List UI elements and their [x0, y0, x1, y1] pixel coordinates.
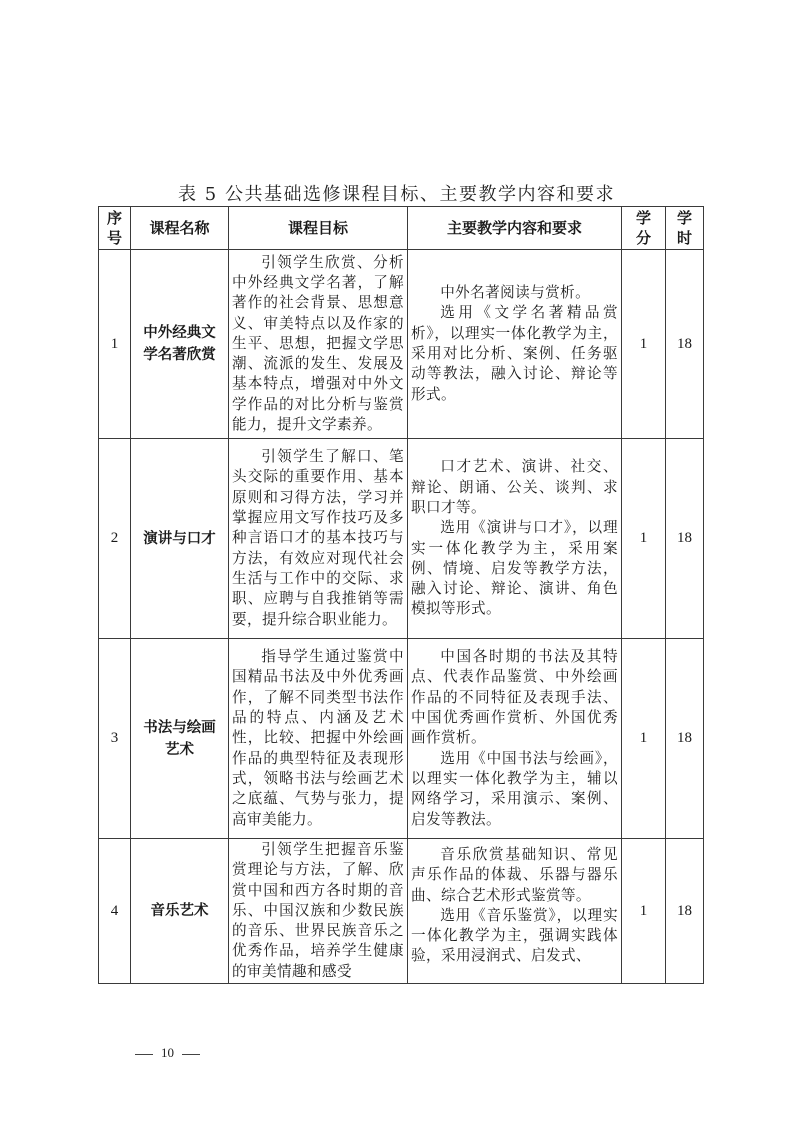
course-content: 中外名著阅读与赏析。 选用《文学名著精品赏析》，以理实一体化教学为主，采用对比分… — [408, 250, 622, 439]
row-index: 4 — [99, 839, 131, 984]
content-topics: 口才艺术、演讲、社交、辩论、朗诵、公关、谈判、求职口才等。 — [411, 457, 618, 518]
row-index: 2 — [99, 439, 131, 639]
course-goal: 指导学生通过鉴赏中国精品书法及中外优秀画作，了解不同类型书法作品的特点、内涵及艺… — [229, 639, 408, 839]
table-row: 3 书法与绘画艺术 指导学生通过鉴赏中国精品书法及中外优秀画作，了解不同类型书法… — [99, 639, 704, 839]
table-row: 2 演讲与口才 引领学生了解口、笔头交际的重要作用、基本原则和习得方法，学习并掌… — [99, 439, 704, 639]
header-name: 课程名称 — [131, 207, 229, 250]
course-goal: 引领学生把握音乐鉴赏理论与方法，了解、欣赏中国和西方各时期的音乐、中国汉族和少数… — [229, 839, 408, 984]
course-name: 书法与绘画艺术 — [131, 639, 229, 839]
course-credit: 1 — [622, 439, 666, 639]
course-goal: 引领学生了解口、笔头交际的重要作用、基本原则和习得方法，学习并掌握应用文写作技巧… — [229, 439, 408, 639]
row-index: 3 — [99, 639, 131, 839]
header-index: 序号 — [99, 207, 131, 250]
course-table: 序号 课程名称 课程目标 主要教学内容和要求 学分 学时 1 中外经典文学名著欣… — [98, 206, 704, 984]
course-hours: 18 — [666, 250, 704, 439]
content-method: 选用《演讲与口才》，以理实一体化教学为主，采用案例、情境、启发等教学方法，融入讨… — [411, 518, 618, 619]
page-number: 10 — [161, 1045, 174, 1060]
content-topics: 音乐欣赏基础知识、常见声乐作品的体裁、乐器与器乐曲、综合艺术形式鉴赏等。 — [411, 845, 618, 906]
course-content: 口才艺术、演讲、社交、辩论、朗诵、公关、谈判、求职口才等。 选用《演讲与口才》，… — [408, 439, 622, 639]
table-row: 1 中外经典文学名著欣赏 引领学生欣赏、分析中外经典文学名著，了解著作的社会背景… — [99, 250, 704, 439]
row-index: 1 — [99, 250, 131, 439]
course-credit: 1 — [622, 250, 666, 439]
header-hours: 学时 — [666, 207, 704, 250]
course-hours: 18 — [666, 439, 704, 639]
course-hours: 18 — [666, 839, 704, 984]
course-content: 中国各时期的书法及其特点、代表作品鉴赏、中外绘画作品的不同特征及表现手法、中国优… — [408, 639, 622, 839]
footer-dash-right — [182, 1054, 200, 1055]
header-goal: 课程目标 — [229, 207, 408, 250]
course-goal: 引领学生欣赏、分析中外经典文学名著，了解著作的社会背景、思想意义、审美特点以及作… — [229, 250, 408, 439]
table-header-row: 序号 课程名称 课程目标 主要教学内容和要求 学分 学时 — [99, 207, 704, 250]
course-name: 演讲与口才 — [131, 439, 229, 639]
course-hours: 18 — [666, 639, 704, 839]
course-content: 音乐欣赏基础知识、常见声乐作品的体裁、乐器与器乐曲、综合艺术形式鉴赏等。 选用《… — [408, 839, 622, 984]
table-row: 4 音乐艺术 引领学生把握音乐鉴赏理论与方法，了解、欣赏中国和西方各时期的音乐、… — [99, 839, 704, 984]
table-caption: 表 5 公共基础选修课程目标、主要教学内容和要求 — [0, 180, 793, 206]
header-credit: 学分 — [622, 207, 666, 250]
course-name: 中外经典文学名著欣赏 — [131, 250, 229, 439]
course-credit: 1 — [622, 839, 666, 984]
page-footer: 10 — [127, 1045, 208, 1061]
header-content: 主要教学内容和要求 — [408, 207, 622, 250]
content-topics: 中国各时期的书法及其特点、代表作品鉴赏、中外绘画作品的不同特征及表现手法、中国优… — [411, 647, 618, 748]
content-method: 选用《音乐鉴赏》，以理实一体化教学为主，强调实践体验，采用浸润式、启发式、 — [411, 906, 618, 967]
content-method: 选用《文学名著精品赏析》，以理实一体化教学为主，采用对比分析、案例、任务驱动等教… — [411, 303, 618, 404]
content-topics: 中外名著阅读与赏析。 — [411, 283, 618, 303]
course-name: 音乐艺术 — [131, 839, 229, 984]
content-method: 选用《中国书法与绘画》，以理实一体化教学为主，辅以网络学习，采用演示、案例、启发… — [411, 749, 618, 830]
footer-dash-left — [135, 1054, 153, 1055]
course-credit: 1 — [622, 639, 666, 839]
